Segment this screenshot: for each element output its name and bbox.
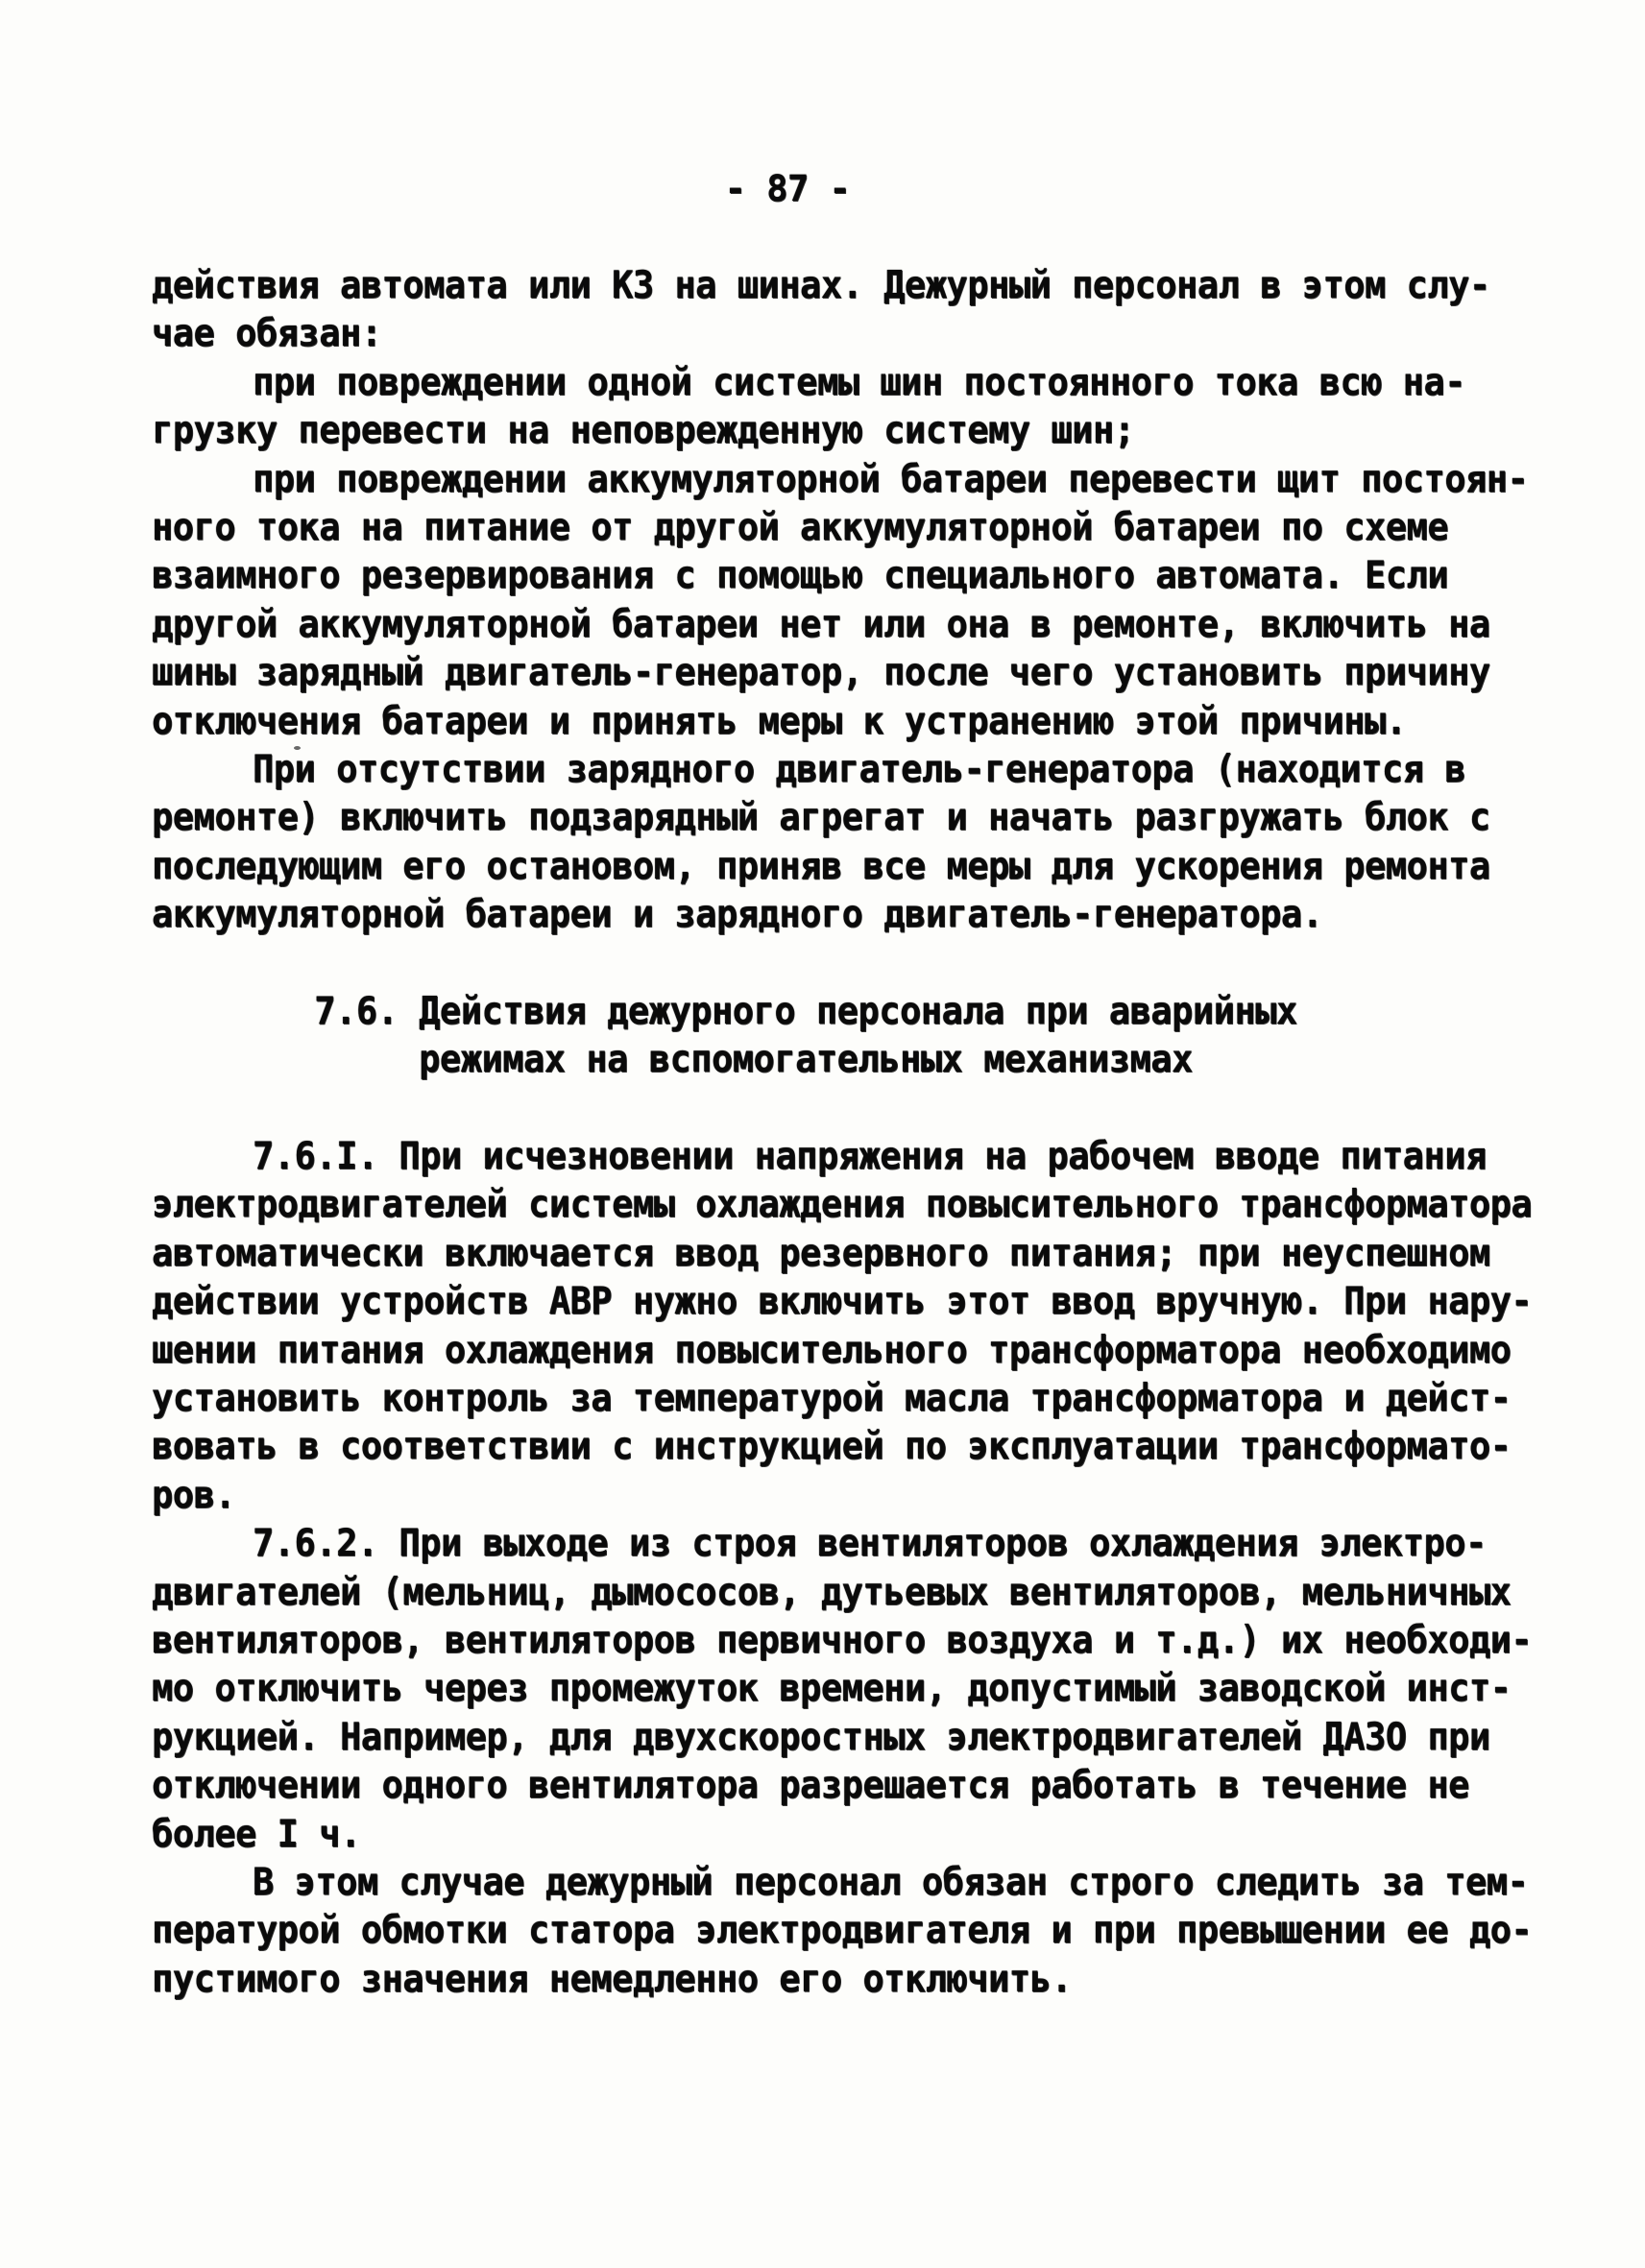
text-line: автоматически включается ввод резервного… bbox=[152, 1227, 1527, 1279]
text-line: другой аккумуляторной батареи нет или он… bbox=[152, 598, 1527, 650]
text-line: двигателей (мельниц, дымососов, дутьевых… bbox=[152, 1566, 1527, 1618]
text-line: мо отключить через промежуток времени, д… bbox=[152, 1663, 1527, 1715]
text-line: взаимного резервирования с помощью специ… bbox=[152, 550, 1527, 602]
text-line: При отсутствии зарядного двигатель-генер… bbox=[152, 743, 1527, 795]
text-line: чае обязан: bbox=[152, 308, 1527, 360]
text-line: установить контроль за температурой масл… bbox=[152, 1372, 1527, 1424]
section-heading-line: 7.6. Действия дежурного персонала при ав… bbox=[152, 985, 1527, 1037]
page-number: - 87 - bbox=[0, 165, 1575, 213]
text-line: 7.6.I. При исчезновении напряжения на ра… bbox=[152, 1130, 1527, 1182]
document-body: действия автомата или КЗ на шинах. Дежур… bbox=[152, 261, 1527, 2003]
text-line: В этом случае дежурный персонал обязан с… bbox=[152, 1856, 1527, 1908]
text-line: действии устройств АВР нужно включить эт… bbox=[152, 1275, 1527, 1327]
text-line: 7.6.2. При выходе из строя вентиляторов … bbox=[152, 1517, 1527, 1569]
text-line: электродвигателей системы охлаждения пов… bbox=[152, 1179, 1527, 1231]
text-line: ров. bbox=[152, 1469, 1527, 1521]
text-line: вентиляторов, вентиляторов первичного во… bbox=[152, 1614, 1527, 1666]
text-line: отключения батареи и принять меры к устр… bbox=[152, 695, 1527, 747]
text-line: рукцией. Например, для двухскоростных эл… bbox=[152, 1711, 1527, 1763]
text-line: пустимого значения немедленно его отключ… bbox=[152, 1953, 1527, 2005]
text-line: шении питания охлаждения повысительного … bbox=[152, 1324, 1527, 1376]
text-line: действия автомата или КЗ на шинах. Дежур… bbox=[152, 259, 1527, 311]
text-line: ного тока на питание от другой аккумулят… bbox=[152, 501, 1527, 553]
text-line: при повреждении одной системы шин постоя… bbox=[152, 356, 1527, 408]
text-line: шины зарядный двигатель-генератор, после… bbox=[152, 646, 1527, 698]
document-page: - 87 - действия автомата или КЗ на шинах… bbox=[0, 0, 1645, 2268]
text-line: последующим его остановом, приняв все ме… bbox=[152, 840, 1527, 892]
text-line: грузку перевести на неповрежденную систе… bbox=[152, 404, 1527, 456]
text-line: при повреждении аккумуляторной батареи п… bbox=[152, 453, 1527, 505]
text-line: ремонте) включить подзарядный агрегат и … bbox=[152, 792, 1527, 844]
text-line: вовать в соответствии с инструкцией по э… bbox=[152, 1421, 1527, 1473]
section-heading-line: режимах на вспомогательных механизмах bbox=[152, 1033, 1527, 1085]
text-line: отключении одного вентилятора разрешаетс… bbox=[152, 1759, 1527, 1811]
text-line: аккумуляторной батареи и зарядного двига… bbox=[152, 888, 1527, 940]
text-line: более I ч. bbox=[152, 1808, 1527, 1860]
text-line: пературой обмотки статора электродвигате… bbox=[152, 1905, 1527, 1957]
